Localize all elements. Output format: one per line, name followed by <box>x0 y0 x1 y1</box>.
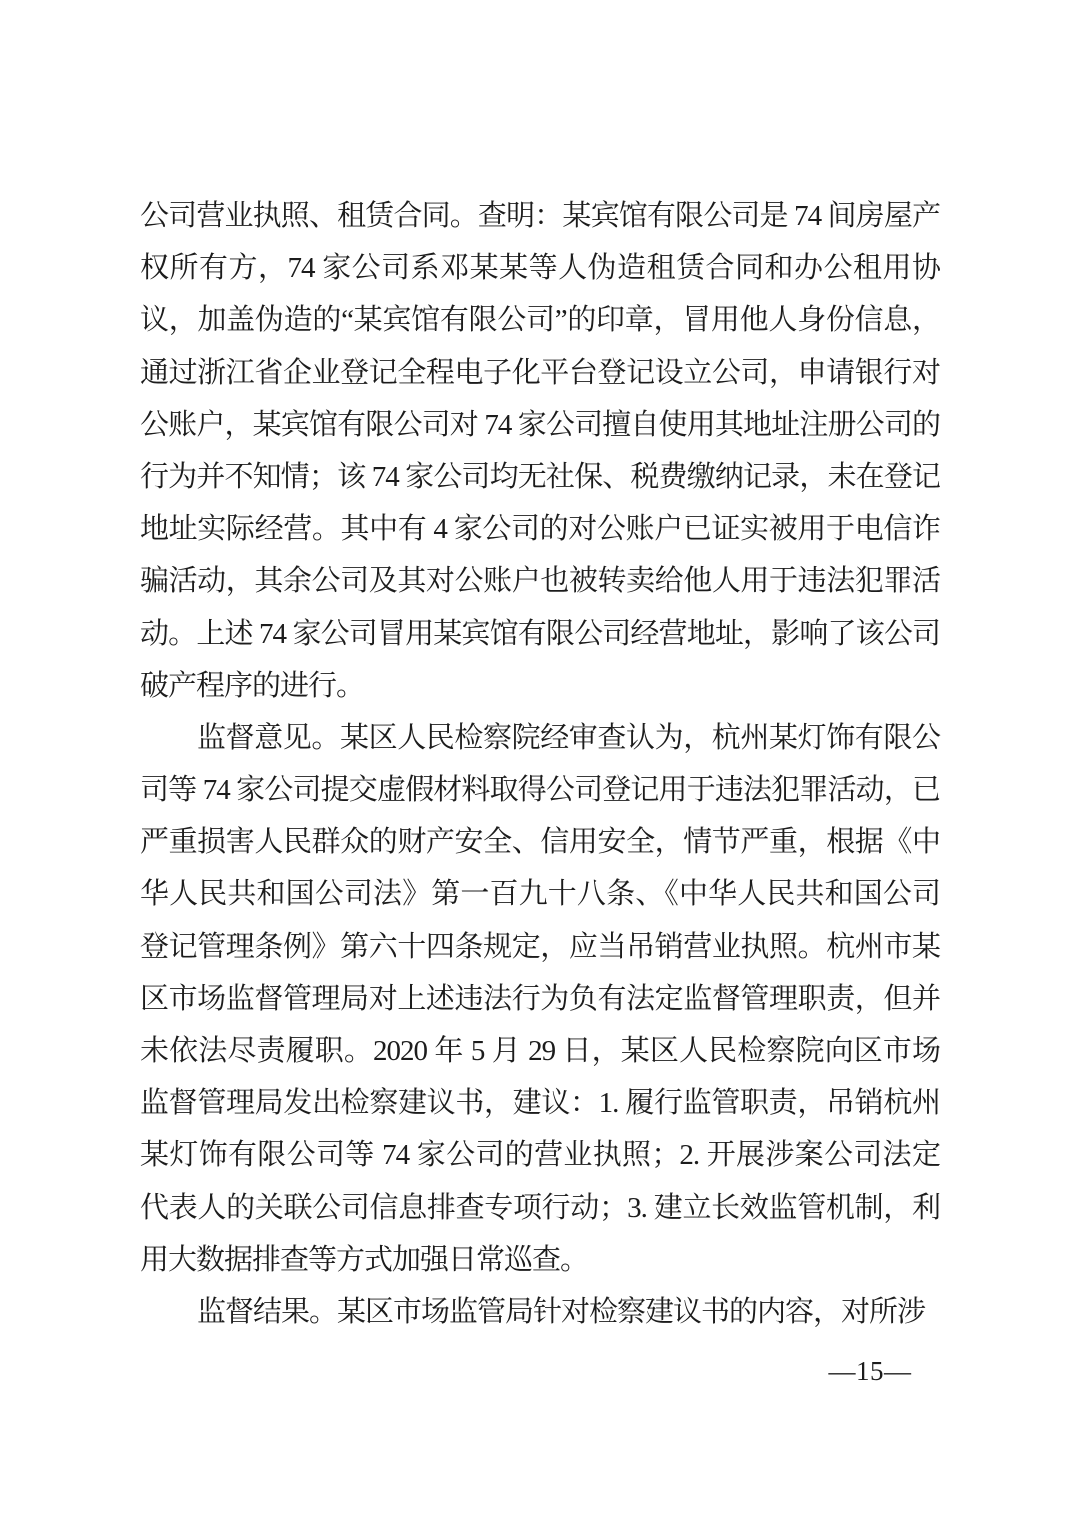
text-line: 某灯饰有限公司等 74 家公司的营业执照；2. 开展涉案公司法定 <box>140 1129 940 1181</box>
text-line: 用大数据排查等方式加强日常巡查。 <box>140 1234 940 1286</box>
text-line: 监督结果。某区市场监管局针对检察建议书的内容，对所涉 <box>140 1286 940 1338</box>
text-line: 代表人的关联公司信息排查专项行动；3. 建立长效监管机制，利 <box>140 1182 940 1234</box>
text-line: 通过浙江省企业登记全程电子化平台登记设立公司，申请银行对 <box>140 347 940 399</box>
text-line: 登记管理条例》第六十四条规定，应当吊销营业执照。杭州市某 <box>140 921 940 973</box>
text-line: 华人民共和国公司法》第一百九十八条、《中华人民共和国公司 <box>140 868 940 920</box>
text-line: 未依法尽责履职。2020 年 5 月 29 日，某区人民检察院向区市场 <box>140 1025 940 1077</box>
text-line: 公司营业执照、租赁合同。查明：某宾馆有限公司是 74 间房屋产 <box>140 190 940 242</box>
text-line: 动。上述 74 家公司冒用某宾馆有限公司经营地址，影响了该公司 <box>140 608 940 660</box>
page-number: —15— <box>818 1356 922 1387</box>
text-line: 行为并不知情；该 74 家公司均无社保、税费缴纳记录，未在登记 <box>140 451 940 503</box>
text-line: 严重损害人民群众的财产安全、信用安全，情节严重，根据《中 <box>140 816 940 868</box>
text-line: 司等 74 家公司提交虚假材料取得公司登记用于违法犯罪活动，已 <box>140 764 940 816</box>
text-line: 区市场监督管理局对上述违法行为负有法定监督管理职责，但并 <box>140 973 940 1025</box>
document-body: 公司营业执照、租赁合同。查明：某宾馆有限公司是 74 间房屋产权所有方，74 家… <box>140 190 940 1338</box>
text-line: 破产程序的进行。 <box>140 660 940 712</box>
text-line: 监督意见。某区人民检察院经审查认为，杭州某灯饰有限公 <box>140 712 940 764</box>
text-line: 议，加盖伪造的“某宾馆有限公司”的印章，冒用他人身份信息， <box>140 294 940 346</box>
text-line: 公账户，某宾馆有限公司对 74 家公司擅自使用其地址注册公司的 <box>140 399 940 451</box>
text-line: 监督管理局发出检察建议书，建议：1. 履行监管职责，吊销杭州 <box>140 1077 940 1129</box>
text-line: 地址实际经营。其中有 4 家公司的对公账户已证实被用于电信诈 <box>140 503 940 555</box>
text-line: 权所有方，74 家公司系邓某某等人伪造租赁合同和办公租用协 <box>140 242 940 294</box>
document-page: 公司营业执照、租赁合同。查明：某宾馆有限公司是 74 间房屋产权所有方，74 家… <box>0 0 1074 1520</box>
text-line: 骗活动，其余公司及其对公账户也被转卖给他人用于违法犯罪活 <box>140 555 940 607</box>
